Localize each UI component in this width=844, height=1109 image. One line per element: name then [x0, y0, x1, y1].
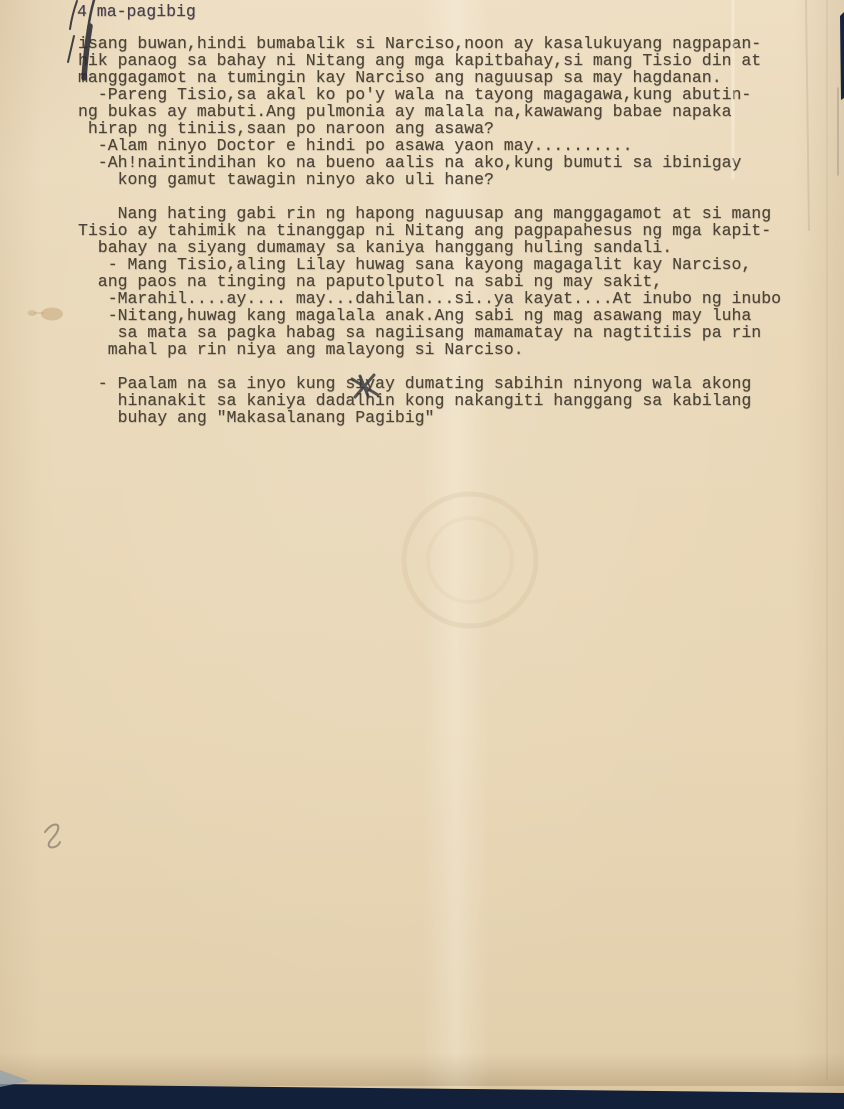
text-line: -Alam ninyo Doctor e hindi po asawa yaon…: [78, 137, 818, 154]
text-line: Tisio ay tahimik na tinanggap ni Nitang …: [78, 222, 818, 239]
typewritten-text-block: isang buwan,hindi bumabalik si Narciso,n…: [78, 35, 818, 426]
text-line: [78, 358, 818, 375]
text-line: hik panaog sa bahay ni Nitang ang mga ka…: [78, 52, 818, 69]
text-line: bahay na siyang dumamay sa kaniya hangga…: [78, 239, 818, 256]
page-number-header: 4 ma-pagibig: [77, 3, 196, 20]
text-line: -Marahil....ay.... may...dahilan...si..y…: [78, 290, 818, 307]
text-line: -Ah!naintindihan ko na bueno aalis na ak…: [78, 154, 818, 171]
text-line: -Nitang,huwag kang magalala anak.Ang sab…: [78, 307, 818, 324]
text-line: [78, 188, 818, 205]
text-line: ang paos na tinging na paputolputol na s…: [78, 273, 818, 290]
text-line: ng bukas ay mabuti.Ang pulmonia ay malal…: [78, 103, 818, 120]
text-line: -Pareng Tisio,sa akal ko po'y wala na ta…: [78, 86, 818, 103]
text-line: - Paalam na sa inyo kung siyay dumating …: [78, 375, 818, 392]
text-line: buhay ang "Makasalanang Pagibig": [78, 409, 818, 426]
text-line: hinanakit sa kaniya dadalhin kong nakang…: [78, 392, 818, 409]
text-line: hirap ng tiniis,saan po naroon ang asawa…: [78, 120, 818, 137]
text-line: kong gamut tawagin ninyo ako uli hane?: [78, 171, 818, 188]
text-line: Nang hating gabi rin ng hapong naguusap …: [78, 205, 818, 222]
text-line: isang buwan,hindi bumabalik si Narciso,n…: [78, 35, 818, 52]
text-line: mahal pa rin niya ang malayong si Narcis…: [78, 341, 818, 358]
text-line: - Mang Tisio,aling Lilay huwag sana kayo…: [78, 256, 818, 273]
text-line: manggagamot na tumingin kay Narciso ang …: [78, 69, 818, 86]
text-line: sa mata sa pagka habag sa nagiisang mama…: [78, 324, 818, 341]
scanned-typewritten-page: 4 ma-pagibig isang buwan,hindi bumabalik…: [0, 0, 844, 1109]
paper-bottom-edge-shadow: [0, 1052, 844, 1086]
